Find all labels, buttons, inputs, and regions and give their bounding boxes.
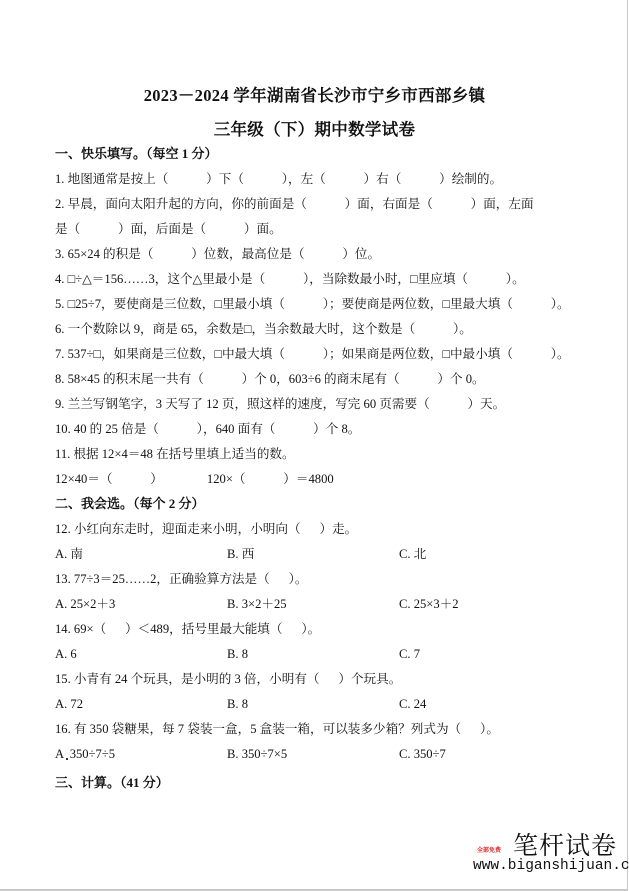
question-12: 12. 小红向东走时，迎面走来小明，小明向（ ）走。 bbox=[55, 521, 357, 537]
question-15: 15. 小青有 24 个玩具，是小明的 3 倍，小明有（ ）个玩具。 bbox=[55, 671, 401, 687]
question-9: 9. 兰兰写钢笔字，3 天写了 12 页，照这样的速度，写完 60 页需要（ ）… bbox=[55, 396, 505, 412]
question-16-option-c: C. 350÷7 bbox=[399, 746, 446, 762]
question-15-option-c: C. 24 bbox=[399, 696, 426, 712]
question-13-option-a: A. 25×2＋3 bbox=[55, 596, 115, 612]
question-7: 7. 537÷□，如果商是三位数，□中最大填（ ）；如果商是两位数，□中最小填（… bbox=[55, 346, 570, 362]
exam-page: 2023－2024 学年湖南省长沙市宁乡市西部乡镇 三年级（下）期中数学试卷 一… bbox=[0, 0, 628, 891]
question-1: 1. 地图通常是按上（ ）下（ ），左（ ）右（ ）绘制的。 bbox=[55, 171, 502, 187]
document-subtitle: 三年级（下）期中数学试卷 bbox=[0, 116, 629, 140]
question-13: 13. 77÷3＝25……2，正确验算方法是（ ）。 bbox=[55, 571, 308, 587]
question-13-option-c: C. 25×3＋2 bbox=[399, 596, 459, 612]
question-15-option-a: A. 72 bbox=[55, 696, 83, 712]
question-12-option-b: B. 西 bbox=[227, 546, 254, 562]
question-5: 5. □25÷7，要使商是三位数，□里最小填（ ）；要使商是两位数，□里最大填（… bbox=[55, 296, 570, 312]
section-heading-calculation: 三、计算。（41 分） bbox=[55, 775, 169, 791]
question-16-option-a: A 350÷7÷5 bbox=[55, 746, 115, 762]
question-14-option-c: C. 7 bbox=[399, 646, 420, 662]
section-heading-fill-in: 一、快乐填写。（每空 1 分） bbox=[55, 146, 218, 162]
question-10: 10. 40 的 25 倍是（ ），640 面有（ ）个 8。 bbox=[55, 421, 360, 437]
stray-dot-mark bbox=[66, 758, 68, 760]
question-2: 2. 早晨，面向太阳升起的方向，你的前面是（ ）面，右面是（ ）面，左面 bbox=[55, 196, 534, 212]
question-12-option-c: C. 北 bbox=[399, 546, 426, 562]
question-14-option-a: A. 6 bbox=[55, 646, 77, 662]
question-16: 16. 有 350 袋糖果，每 7 袋装一盒，5 盒装一箱，可以装多少箱？列式为… bbox=[55, 721, 499, 737]
question-12-option-a: A. 南 bbox=[55, 546, 83, 562]
question-8: 8. 58×45 的积末尾一共有（ ）个 0，603÷6 的商末尾有（ ）个 0… bbox=[55, 371, 485, 387]
question-11-blanks: 12×40＝（ ） 120×（ ）＝4800 bbox=[55, 471, 334, 487]
watermark-free-tag: 全部免费 bbox=[477, 845, 501, 854]
section-heading-multiple-choice: 二、我会选。（每个 2 分） bbox=[55, 496, 205, 512]
document-title: 2023－2024 学年湖南省长沙市宁乡市西部乡镇 bbox=[0, 82, 629, 106]
watermark-logo: 笔杆试卷 全部免费 www.biganshijuan.com bbox=[465, 826, 625, 882]
question-2-continued: 是（ ）面，后面是（ ）面。 bbox=[55, 221, 282, 237]
question-14: 14. 69×（ ）＜489，括号里最大能填（ ）。 bbox=[55, 621, 320, 637]
question-4: 4. □÷△＝156……3，这个△里最小是（ ），当除数最小时，□里应填（ ）。 bbox=[55, 271, 525, 287]
question-15-option-b: B. 8 bbox=[227, 696, 248, 712]
question-11: 11. 根据 12×4＝48 在括号里填上适当的数。 bbox=[55, 446, 295, 462]
question-3: 3. 65×24 的积是（ ）位数，最高位是（ ）位。 bbox=[55, 246, 380, 262]
watermark-brand: 笔杆试卷 bbox=[513, 826, 617, 862]
question-6: 6. 一个数除以 9，商是 65，余数是□，当余数最大时，这个数是（ ）。 bbox=[55, 321, 472, 337]
watermark-url: www.biganshijuan.com bbox=[473, 858, 629, 874]
question-14-option-b: B. 8 bbox=[227, 646, 248, 662]
question-13-option-b: B. 3×2＋25 bbox=[227, 596, 287, 612]
question-16-option-b: B. 350÷7×5 bbox=[227, 746, 287, 762]
